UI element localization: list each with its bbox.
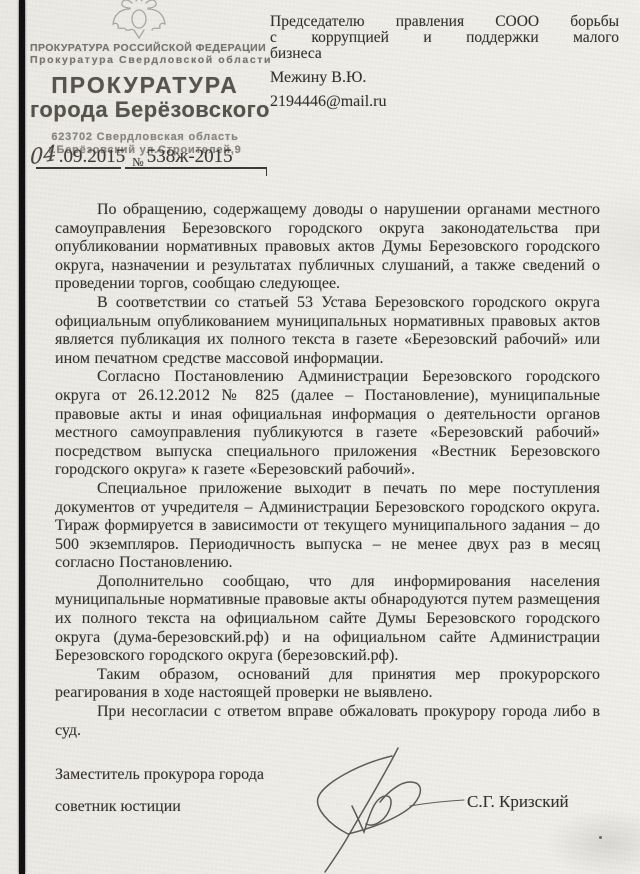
reference-date: .09.2015 <box>59 146 126 167</box>
ink-speck <box>599 836 602 839</box>
letterhead-org-line2: Прокуратура Свердловской области <box>30 54 260 66</box>
signoff-rank: советник юстиции <box>55 798 181 816</box>
letterhead-org-line1: ПРОКУРАТУРА РОССИЙСКОЙ ФЕДЕРАЦИИ <box>30 42 260 54</box>
letterhead: ПРОКУРАТУРА РОССИЙСКОЙ ФЕДЕРАЦИИ Прокура… <box>30 42 260 156</box>
date-underline <box>36 167 121 169</box>
recipient-email: 2194446@mail.ru <box>270 94 619 110</box>
recipient-address-line: бизнеса <box>270 46 619 62</box>
coat-of-arms-icon <box>110 0 168 41</box>
handwritten-day: 04 <box>30 141 57 170</box>
letterhead-stamp-title: ПРОКУРАТУРА <box>30 73 260 97</box>
body-paragraph: В соответствии со статьей 53 Устава Бере… <box>55 294 600 368</box>
body-paragraph: При несогласии с ответом вправе обжалова… <box>55 703 600 740</box>
reference-line: 04.09.2015№538ж-2015 <box>30 143 233 168</box>
signature-scribble-icon <box>312 742 472 874</box>
signer-name: С.Г. Кризский <box>467 792 569 812</box>
scanner-edge-bar <box>19 0 25 874</box>
body-paragraph: Таким образом, оснований для принятия ме… <box>55 666 600 703</box>
scanned-letter-page: ПРОКУРАТУРА РОССИЙСКОЙ ФЕДЕРАЦИИ Прокура… <box>0 0 640 874</box>
letter-body: По обращению, содержащему доводы о наруш… <box>55 201 600 740</box>
recipient-address-line: Председателю правления СООО борьбы <box>270 14 619 30</box>
recipient-block: Председателю правления СООО борьбы с кор… <box>270 14 619 110</box>
recipient-address-line: с коррупцией и поддержки малого <box>270 30 619 46</box>
body-paragraph: Дополнительно сообщаю, что для информиро… <box>55 573 600 666</box>
body-paragraph: Специальное приложение выходит в печать … <box>55 480 600 573</box>
signoff-title: Заместитель прокурора города <box>55 766 264 784</box>
body-paragraph: Согласно Постановлению Администрации Бер… <box>55 368 600 480</box>
document-number: 538ж-2015 <box>147 146 233 167</box>
recipient-name: Межину В.Ю. <box>270 70 619 86</box>
number-underline <box>125 167 267 169</box>
letterhead-address-line1: 623702 Свердловская область <box>30 131 260 144</box>
body-paragraph: По обращению, содержащему доводы о наруш… <box>55 201 600 294</box>
underline-hook <box>266 167 268 176</box>
letterhead-stamp-subtitle: города Берёзовского <box>30 97 260 122</box>
